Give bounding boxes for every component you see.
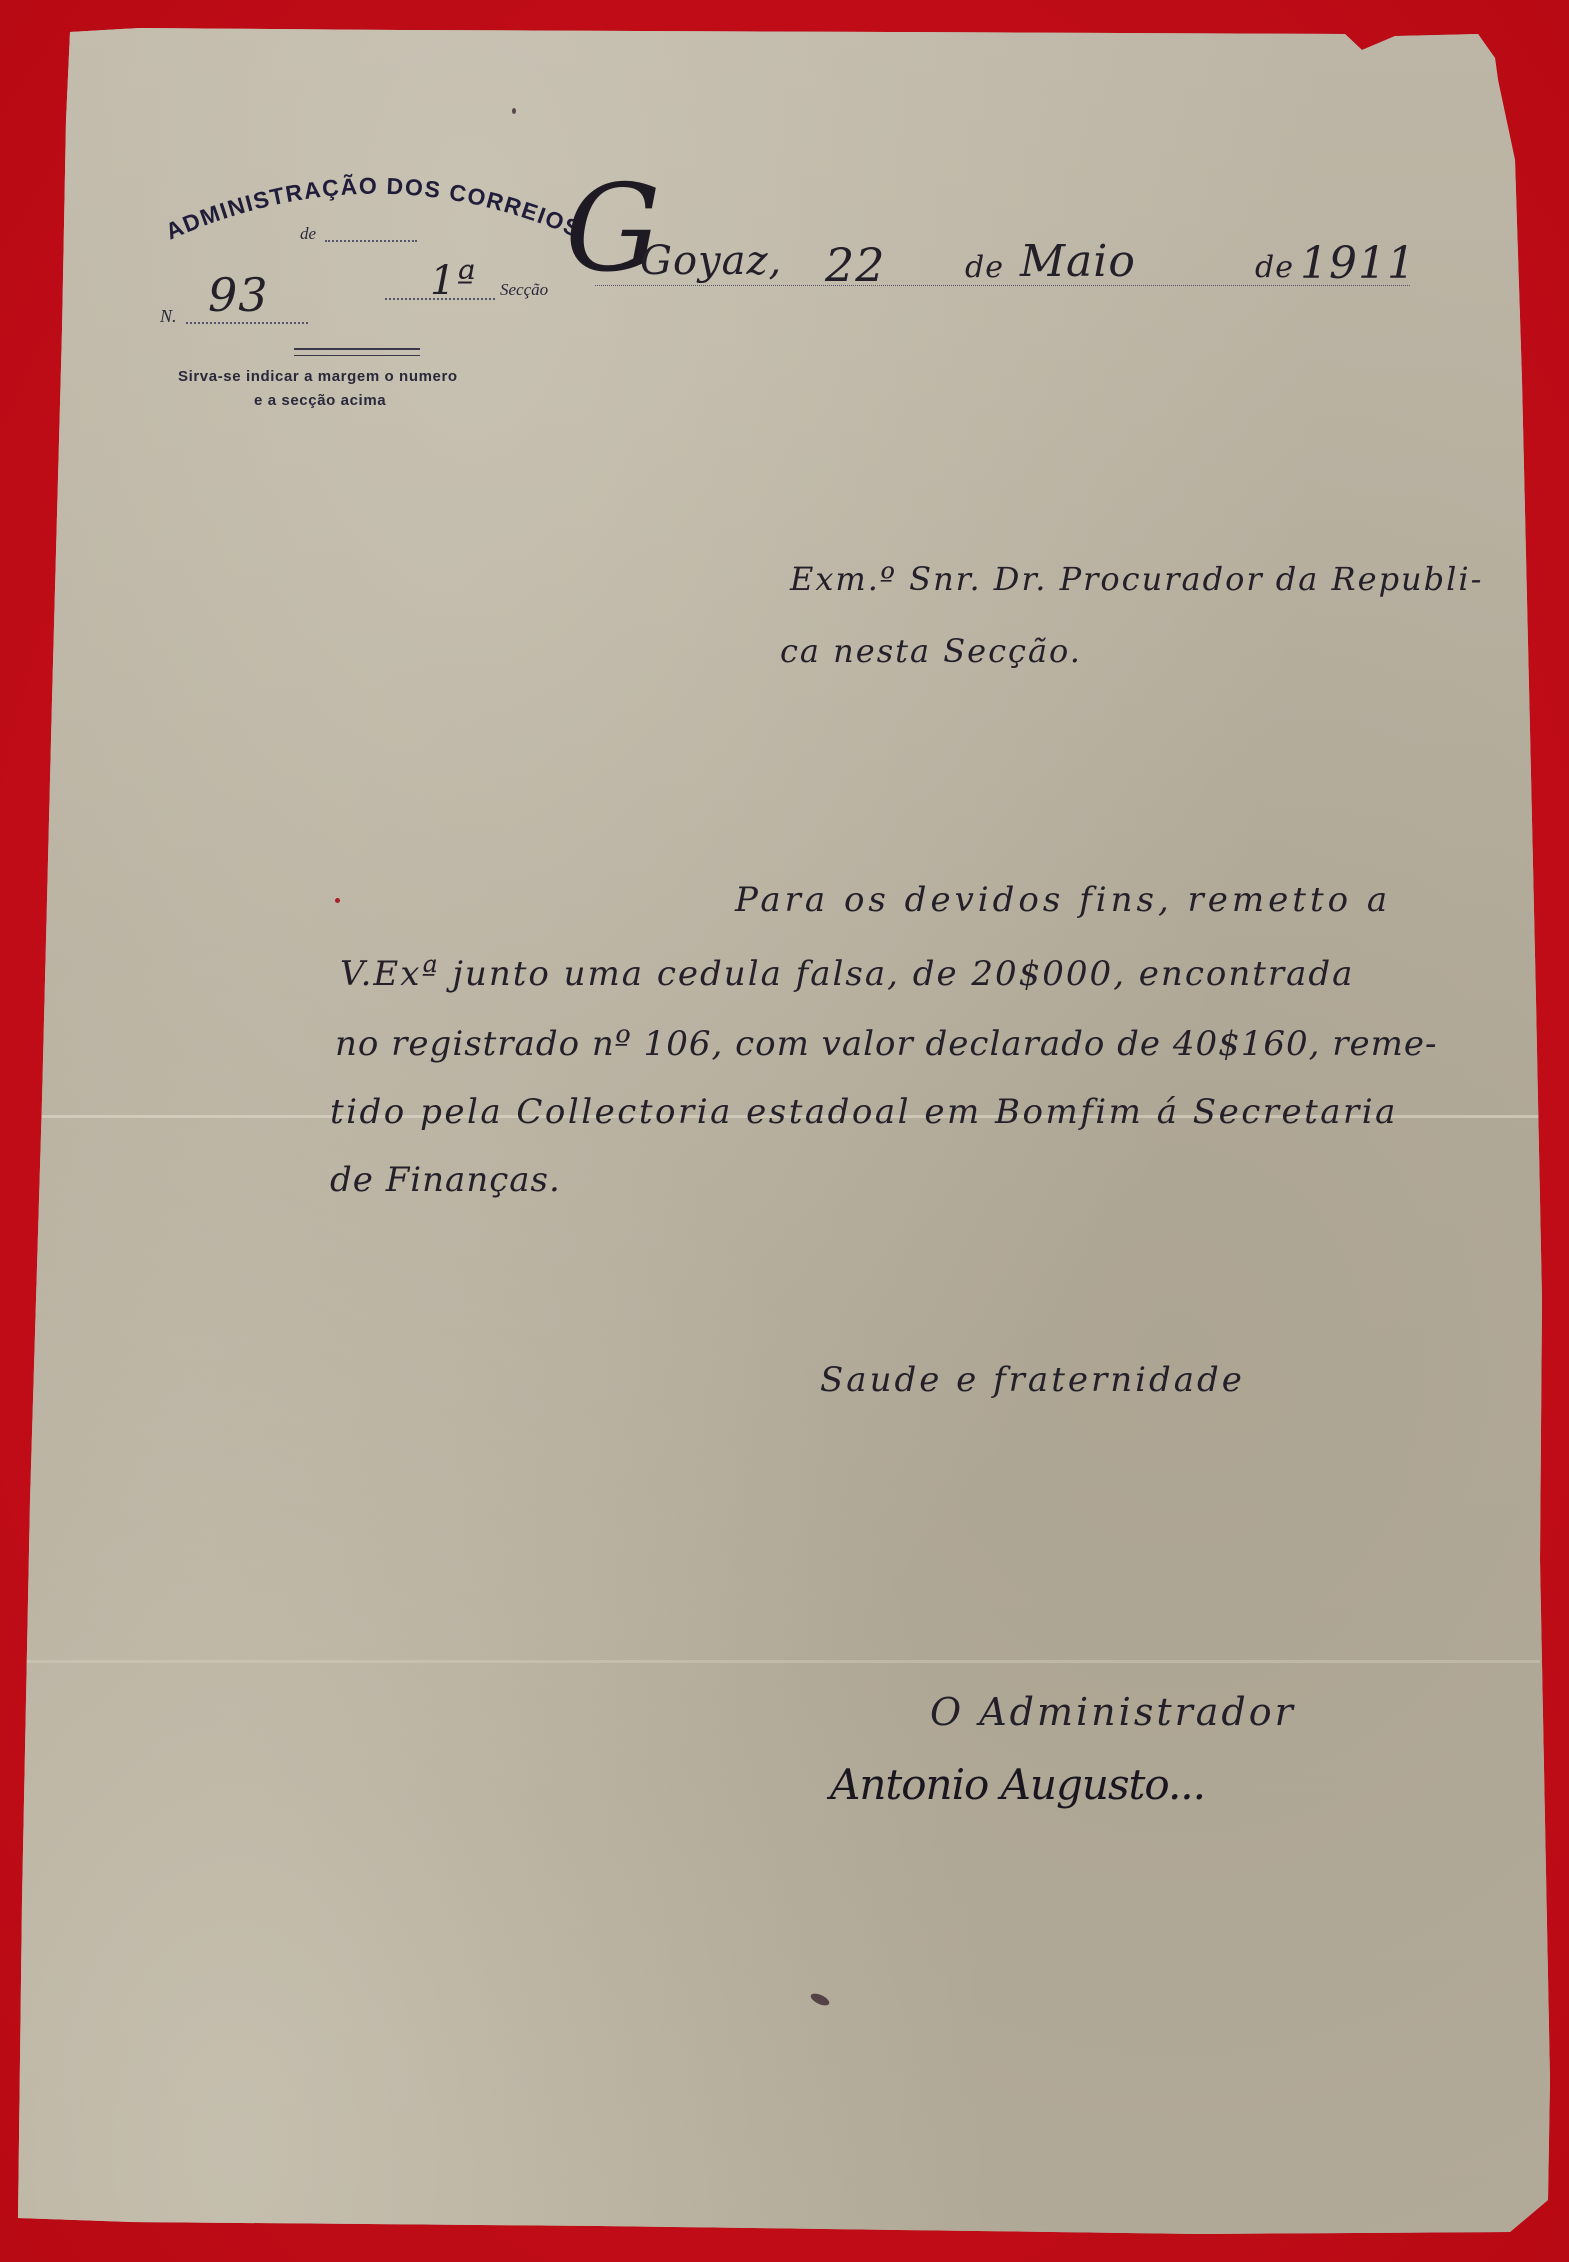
letterhead-double-rule <box>294 348 420 356</box>
body-line-5: de Finanças. <box>330 1160 561 1200</box>
letterhead-de-label: de <box>300 224 316 244</box>
dateline-de-1: de <box>965 250 1004 285</box>
section-label: Secção <box>500 280 548 300</box>
ink-stain <box>809 1991 831 2008</box>
letterhead-title: ADMINISTRAÇÃO DOS CORREIOS <box>160 160 580 250</box>
instruction-line-1: Sirva-se indicar a margem o numero <box>178 368 458 385</box>
ink-speck <box>512 108 516 114</box>
body-line-1: Para os devidos fins, remetto a <box>735 880 1391 920</box>
addressee-line-1: Exm.º Snr. Dr. Procurador da Republi- <box>790 560 1483 598</box>
dateline-day: 22 <box>825 238 886 292</box>
dateline-year: 1911 <box>1300 238 1416 289</box>
dateline-month: Maio <box>1020 236 1136 287</box>
instruction-line-2: e a secção acima <box>254 392 386 409</box>
paper-fold-crease <box>20 1660 1540 1663</box>
red-ink-spot <box>335 898 340 903</box>
number-value: 93 <box>208 268 269 322</box>
closing-title: O Administrador <box>930 1690 1296 1734</box>
body-line-2: V.Exª junto uma cedula falsa, de 20$000,… <box>340 954 1354 994</box>
dateline-place: Goyaz, <box>640 238 782 284</box>
section-value: 1ª <box>430 258 476 304</box>
body-line-3: no registrado nº 106, com valor declarad… <box>335 1024 1437 1064</box>
letterhead-title-text: ADMINISTRAÇÃO DOS CORREIOS <box>162 172 580 245</box>
addressee-line-2: ca nesta Secção. <box>780 632 1082 670</box>
dateline-de-2: de <box>1255 250 1294 285</box>
closing-salutation: Saude e fraternidade <box>820 1360 1245 1400</box>
dateline-dotted-line <box>595 285 1410 286</box>
de-dotted-line <box>325 240 417 242</box>
number-label: N. <box>160 306 177 327</box>
paper-sheet: ADMINISTRAÇÃO DOS CORREIOS de N. 93 1ª S… <box>0 0 1569 2262</box>
signature: Antonio Augusto... <box>830 1760 1205 1809</box>
body-line-4: tido pela Collectoria estadoal em Bomfim… <box>330 1092 1398 1132</box>
number-dotted-line <box>186 322 308 324</box>
